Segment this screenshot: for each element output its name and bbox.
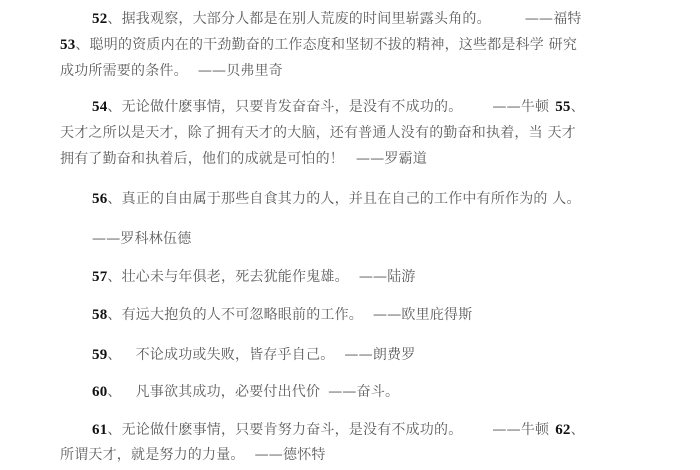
quote-author: ——奋斗。 — [328, 384, 399, 400]
quote-number: 53 — [60, 37, 75, 53]
quote-author: ——罗霸道 — [356, 151, 427, 167]
quote-text: 凡事欲其成功，必要付出代价 — [136, 384, 321, 400]
quote-56-line-1: 56、真正的自由属于那些自食其力的人，并且在自己的工作中有所作为的 人。 — [92, 190, 581, 208]
quote-number: 59 — [92, 347, 107, 363]
quote-55-line-2: 天才之所以是天才，除了拥有天才的大脑，还有普通人没有的勤奋和执着，当 天才 — [60, 124, 576, 142]
quote-author: ——福特 — [525, 11, 582, 27]
quote-57-line-1: 57、壮心未与年俱老，死去犹能作鬼雄。——陆游 — [92, 268, 416, 286]
quote-number: 52 — [92, 11, 107, 27]
quote-author: ——罗科林伍德 — [92, 231, 191, 247]
quote-text: 聪明的资质内在的干劲勤奋的工作态度和坚韧不拔的精神，这些都是科学 研究 — [90, 37, 577, 53]
quote-text: 据我观察，大部分人都是在别人荒废的时间里崭露头角的。 — [122, 11, 491, 27]
quote-author: ——欧里庇得斯 — [373, 307, 472, 323]
quote-60-line-1: 60、凡事欲其成功，必要付出代价——奋斗。 — [92, 383, 399, 401]
quote-author: ——牛顿 — [492, 99, 549, 115]
quote-author: ——贝弗里奇 — [198, 63, 283, 79]
quote-text: 有远大抱负的人不可忽略眼前的工作。 — [122, 307, 363, 323]
document-page: 52、据我观察，大部分人都是在别人荒废的时间里崭露头角的。——福特 53、聪明的… — [0, 0, 700, 470]
quote-59-line-1: 59、不论成功或失败，皆存乎自己。——朗费罗 — [92, 346, 415, 364]
quote-text: 拥有了勤奋和执着后，他们的成就是可怕的！ — [60, 151, 344, 167]
quote-53-line-2: 成功所需要的条件。——贝弗里奇 — [60, 62, 283, 80]
quote-text: 真正的自由属于那些自食其力的人，并且在自己的工作中有所作为的 人。 — [122, 191, 581, 207]
quote-author: ——牛顿 — [492, 422, 549, 438]
quote-number: 56 — [92, 191, 107, 207]
quote-61-line-1: 61、无论做什麽事情，只要肯努力奋斗，是没有不成功的。——牛顿62、 — [92, 421, 585, 439]
quote-text: 所谓天才，就是努力的力量。 — [60, 447, 245, 463]
quote-text: 成功所需要的条件。 — [60, 63, 188, 79]
quote-author: ——陆游 — [359, 269, 416, 285]
quote-number: 61 — [92, 422, 107, 438]
quote-text: 壮心未与年俱老，死去犹能作鬼雄。 — [122, 269, 349, 285]
quote-53-line-1: 53、聪明的资质内在的干劲勤奋的工作态度和坚韧不拔的精神，这些都是科学 研究 — [60, 36, 577, 54]
quote-text: 不论成功或失败，皆存乎自己。 — [136, 347, 335, 363]
quote-text: 无论做什麽事情，只要肯努力奋斗，是没有不成功的。 — [122, 422, 463, 438]
quote-number: 57 — [92, 269, 107, 285]
quote-number: 55 — [555, 99, 570, 115]
quote-author: ——朗费罗 — [344, 347, 415, 363]
quote-text: 天才之所以是天才，除了拥有天才的大脑，还有普通人没有的勤奋和执着，当 天才 — [60, 125, 576, 141]
quote-number: 62 — [555, 422, 570, 438]
quote-58-line-1: 58、有远大抱负的人不可忽略眼前的工作。——欧里庇得斯 — [92, 306, 472, 324]
quote-number: 54 — [92, 99, 107, 115]
quote-56-author: ——罗科林伍德 — [92, 230, 191, 248]
quote-text: 无论做什麽事情，只要肯发奋奋斗，是没有不成功的。 — [122, 99, 463, 115]
quote-52-line-1: 52、据我观察，大部分人都是在别人荒废的时间里崭露头角的。——福特 — [92, 10, 582, 28]
quote-number: 60 — [92, 384, 107, 400]
quote-54-line-1: 54、无论做什麽事情，只要肯发奋奋斗，是没有不成功的。——牛顿55、 — [92, 98, 585, 116]
quote-62-line-2: 所谓天才，就是努力的力量。——德怀特 — [60, 446, 326, 464]
quote-number: 58 — [92, 307, 107, 323]
quote-55-line-3: 拥有了勤奋和执着后，他们的成就是可怕的！——罗霸道 — [60, 150, 427, 168]
quote-author: ——德怀特 — [255, 447, 326, 463]
